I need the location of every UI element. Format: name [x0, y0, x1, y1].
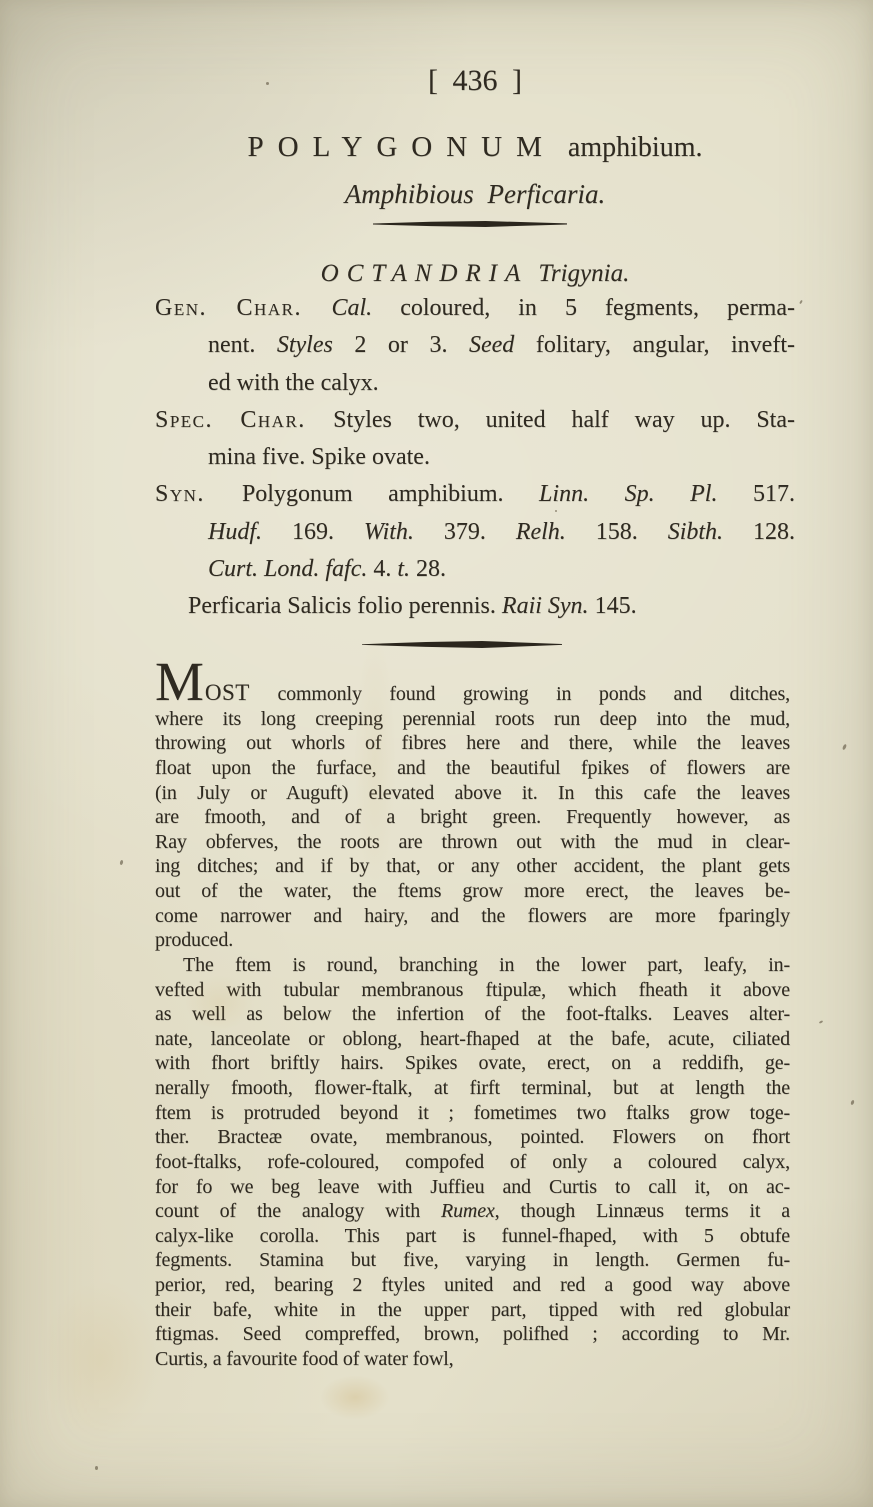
- text-segment: Ray obferves, the roots are thrown out w…: [155, 831, 790, 853]
- text-line: are fmooth, and of a bright green. Frequ…: [155, 805, 790, 830]
- text-segment: out of the water, the ftems grow more er…: [155, 880, 790, 902]
- text-line: The ftem is round, branching in the lowe…: [155, 953, 790, 978]
- text-line: fegments. Stamina but five, varying in l…: [155, 1248, 790, 1273]
- text-segment: are fmooth, and of a bright green. Frequ…: [155, 806, 790, 828]
- text-line: Ray obferves, the roots are thrown out w…: [155, 830, 790, 855]
- text-segment: The ftem is round, branching in the lowe…: [183, 954, 790, 976]
- text-segment: Linn. Sp. Pl.: [539, 481, 717, 507]
- text-segment: Seed: [469, 332, 514, 358]
- text-line: where its long creeping perennial roots …: [155, 707, 790, 732]
- paper-speck: [119, 860, 123, 866]
- text-segment: 128.: [723, 519, 795, 545]
- text-line: come narrower and hairy, and the flowers…: [155, 904, 790, 929]
- text-line: Syn. Polygonum amphibium. Linn. Sp. Pl. …: [155, 476, 795, 513]
- text-line: ther. Bracteæ ovate, membranous, pointed…: [155, 1125, 790, 1150]
- title-genus: POLYGONUM: [248, 131, 556, 163]
- paper-speck: [799, 300, 803, 304]
- text-segment: folitary, angular, inveft-: [514, 332, 795, 358]
- paper-stain: [320, 1375, 390, 1420]
- text-segment: 145.: [589, 593, 637, 619]
- text-line: Curt. Lond. fafc. 4. t. 28.: [155, 551, 795, 588]
- text-line: Spec. Char. Styles two, united half way …: [155, 402, 795, 439]
- text-line: nerally fmooth, flower-ftalk, at firft t…: [155, 1076, 790, 1101]
- text-line: perior, red, bearing 2 ftyles united and…: [155, 1273, 790, 1298]
- separator-rule-middle: [362, 641, 562, 648]
- text-line: foot-ftalks, rofe-coloured, compofed of …: [155, 1150, 790, 1175]
- text-segment: nate, lanceolate or oblong, heart-fhaped…: [155, 1028, 790, 1050]
- text-line: produced.: [155, 928, 790, 953]
- text-line: nate, lanceolate or oblong, heart-fhaped…: [155, 1027, 790, 1052]
- text-line: float upon the furface, and the beautifu…: [155, 756, 790, 781]
- text-segment: nerally fmooth, flower-ftalk, at firft t…: [155, 1077, 790, 1099]
- text-segment: come narrower and hairy, and the flowers…: [155, 905, 790, 927]
- text-line: MOST commonly found growing in ponds and…: [155, 681, 790, 707]
- text-segment: Styles two, united half way up. Sta-: [333, 407, 795, 433]
- text-segment: 158.: [566, 519, 668, 545]
- book-page: [ 436 ] POLYGONUMamphibium. Amphibious P…: [0, 0, 873, 1507]
- text-segment: count of the analogy with: [155, 1200, 441, 1222]
- description-text-block: MOST commonly found growing in ponds and…: [155, 681, 790, 1372]
- text-segment: with fhort briftly hairs. Spikes ovate, …: [155, 1052, 790, 1074]
- text-segment: Sibth.: [668, 519, 723, 545]
- text-segment: Relh.: [516, 519, 566, 545]
- text-segment: Curtis, a favourite food of water fowl,: [155, 1348, 454, 1370]
- text-segment: commonly found growing in ponds and ditc…: [250, 683, 790, 705]
- text-segment: 169.: [262, 519, 364, 545]
- text-line: ftem is protruded beyond it ; fometimes …: [155, 1101, 790, 1126]
- taxonomy-line: OCTANDRIATrigynia.: [155, 260, 795, 288]
- text-segment: Curt. Lond. fafc.: [208, 556, 367, 582]
- text-segment: 4.: [367, 556, 397, 582]
- text-segment: t.: [397, 556, 410, 582]
- text-segment: calyx-like corolla. This part is funnel-…: [155, 1225, 790, 1247]
- text-segment: float upon the furface, and the beautifu…: [155, 757, 790, 779]
- text-segment: as well as below the infertion of the fo…: [155, 1003, 790, 1025]
- text-line: Gen. Char. Cal. coloured, in 5 fegments,…: [155, 290, 795, 327]
- text-segment: coloured, in 5 fegments, perma-: [372, 295, 795, 321]
- title-species: amphibium.: [568, 132, 703, 163]
- text-segment: for fo we beg leave with Juffieu and Cur…: [155, 1176, 790, 1198]
- text-segment: nent.: [208, 332, 277, 358]
- text-segment: their bafe, white in the upper part, tip…: [155, 1299, 790, 1321]
- text-segment: Raii Syn.: [502, 593, 589, 619]
- text-segment: ing ditches; and if by that, or any othe…: [155, 855, 790, 877]
- text-segment: Gen. Char.: [155, 295, 332, 321]
- text-segment: ftem is protruded beyond it ; fometimes …: [155, 1102, 790, 1124]
- paper-speck: [95, 1466, 98, 1470]
- text-segment: vefted with tubular membranous ftipulæ, …: [155, 979, 790, 1001]
- text-segment: Rumex: [441, 1200, 495, 1222]
- text-segment: Spec. Char.: [155, 407, 333, 433]
- text-line: ing ditches; and if by that, or any othe…: [155, 854, 790, 879]
- text-segment: Cal.: [332, 295, 373, 321]
- text-line: count of the analogy with Rumex, though …: [155, 1199, 790, 1224]
- text-segment: ther. Bracteæ ovate, membranous, pointed…: [155, 1126, 790, 1148]
- character-synonymy-block: Gen. Char. Cal. coloured, in 5 fegments,…: [155, 290, 795, 626]
- text-line: (in July or Auguft) elevated above it. I…: [155, 781, 790, 806]
- text-segment: 28.: [410, 556, 446, 582]
- text-segment: OST: [205, 680, 250, 705]
- text-line: out of the water, the ftems grow more er…: [155, 879, 790, 904]
- paper-speck: [850, 1100, 855, 1106]
- text-segment: 379.: [414, 519, 516, 545]
- text-segment: Hudf.: [208, 519, 262, 545]
- text-line: their bafe, white in the upper part, tip…: [155, 1298, 790, 1323]
- text-segment: , though Linnæus terms it a: [495, 1200, 790, 1222]
- text-segment: perior, red, bearing 2 ftyles united and…: [155, 1274, 790, 1296]
- taxonomy-order: Trigynia.: [538, 260, 629, 287]
- common-name-subtitle: Amphibious Perficaria.: [155, 179, 795, 210]
- text-line: calyx-like corolla. This part is funnel-…: [155, 1224, 790, 1249]
- text-segment: mina five. Spike ovate.: [208, 444, 430, 470]
- page-number: [ 436 ]: [155, 64, 795, 98]
- text-line: Curtis, a favourite food of water fowl,: [155, 1347, 790, 1372]
- text-line: as well as below the infertion of the fo…: [155, 1002, 790, 1027]
- taxonomy-class: OCTANDRIA: [321, 260, 529, 287]
- text-line: ed with the calyx.: [155, 365, 795, 402]
- paper-stain: [40, 1280, 160, 1440]
- text-segment: ftigmas. Seed compreffed, brown, polifhe…: [155, 1323, 790, 1345]
- text-segment: throwing out whorls of fibres here and t…: [155, 732, 790, 754]
- text-line: nent. Styles 2 or 3. Seed folitary, angu…: [155, 327, 795, 364]
- text-segment: (in July or Auguft) elevated above it. I…: [155, 782, 790, 804]
- text-segment: ed with the calyx.: [208, 370, 379, 396]
- text-segment: foot-ftalks, rofe-coloured, compofed of …: [155, 1151, 790, 1173]
- text-segment: Polygonum amphibium.: [242, 481, 539, 507]
- text-segment: fegments. Stamina but five, varying in l…: [155, 1249, 790, 1271]
- text-segment: where its long creeping perennial roots …: [155, 708, 790, 730]
- paper-speck: [819, 1020, 823, 1024]
- text-line: Hudf. 169. With. 379. Relh. 158. Sibth. …: [155, 514, 795, 551]
- text-segment: produced.: [155, 929, 233, 951]
- text-line: mina five. Spike ovate.: [155, 439, 795, 476]
- text-line: vefted with tubular membranous ftipulæ, …: [155, 978, 790, 1003]
- page-title: POLYGONUMamphibium.: [155, 131, 795, 164]
- text-line: for fo we beg leave with Juffieu and Cur…: [155, 1175, 790, 1200]
- text-line: throwing out whorls of fibres here and t…: [155, 731, 790, 756]
- paper-speck: [842, 744, 847, 751]
- separator-rule-top: [373, 221, 567, 227]
- text-line: Perficaria Salicis folio perennis. Raii …: [155, 588, 795, 625]
- text-line: with fhort briftly hairs. Spikes ovate, …: [155, 1051, 790, 1076]
- text-segment: Styles: [277, 332, 333, 358]
- text-segment: M: [155, 651, 205, 712]
- text-segment: Syn.: [155, 481, 242, 507]
- text-segment: Perficaria Salicis folio perennis.: [188, 593, 502, 619]
- text-segment: 2 or 3.: [333, 332, 469, 358]
- text-segment: With.: [364, 519, 414, 545]
- text-segment: 517.: [717, 481, 795, 507]
- text-line: ftigmas. Seed compreffed, brown, polifhe…: [155, 1322, 790, 1347]
